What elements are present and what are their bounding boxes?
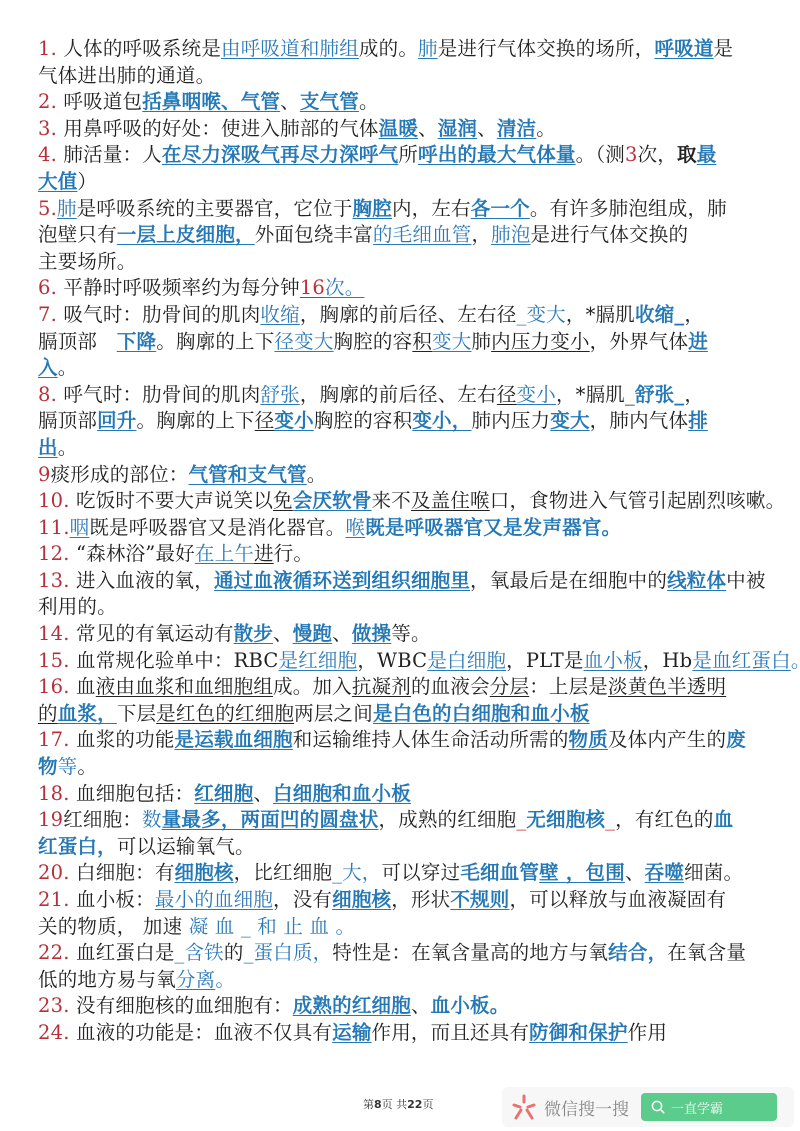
text-segment: 肺 xyxy=(418,37,438,60)
text-segment: 作用，而且还具有 xyxy=(372,1021,530,1044)
text-segment: 是白色的白细胞和血小板 xyxy=(373,702,590,725)
text-segment: 在氧含量 xyxy=(667,941,746,964)
item-number: 14. xyxy=(38,622,70,645)
text-segment: 运输 xyxy=(332,1021,371,1044)
text-segment: 吃饭时不要大声说笑以 xyxy=(70,489,273,512)
text-segment: 变大 xyxy=(432,330,471,353)
text-segment: 舒张_ xyxy=(635,383,684,406)
text-segment: 气体进出肺的通道。 xyxy=(38,64,215,87)
text-segment: 、 xyxy=(411,994,431,1017)
text-segment: 。胸廓的上下 xyxy=(137,409,255,432)
text-line: 入。 xyxy=(38,355,778,382)
text-segment: 泡壁只有 xyxy=(38,223,117,246)
text-segment: 喉 xyxy=(345,516,365,539)
text-segment: 是进行气体交换的场所， xyxy=(438,37,655,60)
text-segment: 血小板。 xyxy=(431,994,510,1017)
text-segment: 血细胞包括： xyxy=(70,782,195,805)
text-segment: 径 xyxy=(255,409,275,432)
text-line: 14. 常见的有氧运动有散步、慢跑、做操等。 xyxy=(38,621,778,648)
text-line: 气体进出肺的通道。 xyxy=(38,63,778,90)
text-segment: 毛细血管 xyxy=(460,861,539,884)
item-number: 23. xyxy=(38,994,70,1017)
text-segment: 中被 xyxy=(726,569,765,592)
text-segment: 、 xyxy=(625,861,645,884)
text-segment: 。 xyxy=(536,117,556,140)
text-segment: ，形状 xyxy=(391,888,450,911)
text-segment: 红细胞： xyxy=(63,808,142,831)
text-segment: ，没有 xyxy=(273,888,332,911)
text-line: 4. 肺活量：人在尽力深吸气再尽力深呼气所呼出的最大气体量。（测3次，取最 xyxy=(38,142,778,169)
text-line: 主要场所。 xyxy=(38,249,778,276)
text-segment: 结合， xyxy=(608,941,667,964)
item-number: 4. xyxy=(38,143,57,166)
text-segment: 细胞核 xyxy=(175,861,234,884)
text-segment: 是白细胞 xyxy=(427,649,506,672)
search-button-label: 一直学霸 xyxy=(671,1098,723,1117)
item-number: 20. xyxy=(38,861,70,884)
text-segment: 清洁 xyxy=(497,117,536,140)
text-segment: 变小 xyxy=(517,383,556,406)
text-segment: 由呼吸道和肺组 xyxy=(221,37,359,60)
text-line: 膈顶部 下降。胸廓的上下径变大胸腔的容积变大肺内压力变小，外界气体进 xyxy=(38,329,778,356)
text-segment: 会厌软骨 xyxy=(293,489,372,512)
item-number: 8. xyxy=(38,383,57,406)
item-number: 22. xyxy=(38,941,70,964)
text-segment: 收缩_ xyxy=(635,303,684,326)
text-segment: 内，左右 xyxy=(392,197,471,220)
text-segment: ， xyxy=(471,223,491,246)
text-segment: 线粒体 xyxy=(667,569,726,592)
text-segment: 白细胞和血小板 xyxy=(273,782,411,805)
text-segment: 分层 xyxy=(490,675,529,698)
text-segment: 血液的功能是：血液不仅具有 xyxy=(70,1021,333,1044)
item-number: 21. xyxy=(38,888,70,911)
text-segment: 内压力变小 xyxy=(491,330,590,353)
text-line: 13. 进入血液的氧，通过血液循环送到组织细胞里，氧最后是在细胞中的线粒体中被 xyxy=(38,568,778,595)
text-segment: 痰形成的部位： xyxy=(51,463,189,486)
text-segment: 红蛋白， xyxy=(38,835,117,858)
text-segment: _变大 xyxy=(517,303,566,326)
text-segment: ，氧最后是在细胞中的 xyxy=(470,569,667,592)
text-segment: 湿润 xyxy=(438,117,477,140)
text-segment: 积 xyxy=(412,330,432,353)
text-segment: ，Hb xyxy=(643,649,693,672)
text-segment: 是进行气体交换的 xyxy=(531,223,689,246)
text-segment: 平静时呼吸频率约为每分钟 xyxy=(57,276,300,299)
text-segment: 淡黄色半透明 xyxy=(608,675,726,698)
text-segment: 下降 xyxy=(117,330,156,353)
text-line: 9痰形成的部位：气管和支气管。 xyxy=(38,462,778,489)
text-segment: 所 xyxy=(398,143,418,166)
text-segment: 血常规化验单中：RBC xyxy=(70,649,279,672)
text-line: 16. 血液由血浆和血细胞组成。加入抗凝剂的血液会分层：上层是淡黄色半透明 xyxy=(38,674,778,701)
text-segment: 径 xyxy=(497,383,517,406)
text-segment: 物质 xyxy=(569,728,608,751)
text-line: 泡壁只有一层上皮细胞，外面包绕丰富的毛细血管，肺泡是进行气体交换的 xyxy=(38,222,778,249)
text-segment: 血 xyxy=(714,808,734,831)
text-segment: _ xyxy=(516,808,526,831)
text-segment: 下层 xyxy=(117,702,156,725)
text-segment: 变大 xyxy=(550,409,589,432)
text-line: 21. 血小板：最小的血细胞，没有细胞核，形状不规则，可以释放与血液凝固有 xyxy=(38,887,778,914)
text-segment: 是运载血细胞 xyxy=(175,728,293,751)
text-segment: 支气管 xyxy=(300,90,359,113)
text-segment: 量最多，两面凹的圆盘状 xyxy=(162,808,379,831)
text-segment: 血小板 xyxy=(584,649,643,672)
text-segment: 细胞核 xyxy=(332,888,391,911)
text-segment: 肺活量：人 xyxy=(57,143,162,166)
text-segment: 胸腔 xyxy=(353,197,392,220)
text-line: 11.咽既是呼吸器官又是消化器官。喉既是呼吸器官又是发声器官。 xyxy=(38,515,778,542)
text-segment: ，胸廓的前后径、左右径 xyxy=(300,303,517,326)
text-segment: ，比红细胞 xyxy=(234,861,333,884)
text-segment: 排 xyxy=(688,409,708,432)
text-line: 6. 平静时呼吸频率约为每分钟16次。 xyxy=(38,275,778,302)
text-segment: 壁 ，包围 xyxy=(539,861,625,884)
wechat-search-logo-icon xyxy=(510,1093,538,1121)
text-segment: 呼吸道包 xyxy=(57,90,142,113)
text-line: 10. 吃饭时不要大声说笑以免会厌软骨来不及盖住喉口，食物进入气管引起剧烈咳嗽。 xyxy=(38,488,778,515)
item-number: 2. xyxy=(38,90,57,113)
text-segment: 血浆的功能 xyxy=(70,728,175,751)
text-segment: 既是呼吸器官又是发声器官。 xyxy=(365,516,621,539)
text-line: 的血浆，下层是红色的红细胞两层之间是白色的白细胞和血小板 xyxy=(38,701,778,728)
text-segment: 入 xyxy=(38,356,58,379)
text-line: 12. “森林浴”最好在上午进行。 xyxy=(38,541,778,568)
text-segment: 变小， xyxy=(412,409,471,432)
text-segment: “森林浴”最好 xyxy=(70,542,195,565)
text-segment: 口，食物进入气管引起剧烈咳嗽。 xyxy=(490,489,786,512)
text-segment: 进 xyxy=(688,330,708,353)
text-segment: 。 xyxy=(215,968,235,991)
text-segment: 废 xyxy=(726,728,746,751)
text-segment: ，*膈肌 xyxy=(566,303,635,326)
text-segment: 吸气时：肋骨间的肌肉 xyxy=(57,303,260,326)
text-segment: 。 xyxy=(58,356,78,379)
text-segment: 血红蛋白是 xyxy=(70,941,175,964)
text-segment: 做操 xyxy=(352,622,391,645)
text-line: 关的物质， 加速 凝 血 _ 和 止 血 。 xyxy=(38,914,778,941)
text-segment: ， xyxy=(684,303,704,326)
text-segment: ） xyxy=(77,170,97,193)
item-number: 16. xyxy=(38,675,70,698)
text-segment: 舒张 xyxy=(260,383,299,406)
text-segment: 两层之间 xyxy=(294,702,373,725)
text-segment: 3 xyxy=(625,143,638,166)
text-segment: _ xyxy=(605,808,615,831)
text-segment: 的 xyxy=(38,702,58,725)
text-segment: 温暖 xyxy=(379,117,418,140)
text-segment: 抗凝剂 xyxy=(352,675,411,698)
text-segment: 的毛细血管 xyxy=(373,223,472,246)
text-segment: 括鼻咽喉、气管 xyxy=(142,90,280,113)
text-segment: 。（测 xyxy=(576,143,625,166)
text-line: 15. 血常规化验单中：RBC是红细胞，WBC是白细胞，PLT是血小板，Hb是血… xyxy=(38,648,778,675)
text-segment: 收缩 xyxy=(260,303,299,326)
text-segment: 免 xyxy=(273,489,293,512)
text-segment: ，可以释放与血液凝固有 xyxy=(509,888,726,911)
text-segment: ：上层是 xyxy=(529,675,608,698)
text-segment: 进入血液的氧， xyxy=(70,569,214,592)
text-segment: 可以运输氧气。 xyxy=(117,835,255,858)
text-segment: 低的地方易与氧 xyxy=(38,968,176,991)
text-segment: 数 xyxy=(142,808,162,831)
text-segment: 。 xyxy=(58,436,78,459)
text-segment: ，有红色的 xyxy=(615,808,714,831)
text-segment: 回升 xyxy=(97,409,136,432)
text-line: 20. 白细胞：有细胞核，比红细胞_大，可以穿过毛细血管壁 ，包围、吞噬细菌。 xyxy=(38,860,778,887)
text-line: 红蛋白，可以运输氧气。 xyxy=(38,834,778,861)
text-segment: 的 xyxy=(224,941,244,964)
text-segment: 血 xyxy=(70,675,96,698)
text-segment: 行。 xyxy=(274,542,313,565)
document-page: 1. 人体的呼吸系统是由呼吸道和肺组成的。肺是进行气体交换的场所，呼吸道是气体进… xyxy=(38,36,778,1047)
text-segment: 白细胞：有 xyxy=(70,861,175,884)
text-segment: 作用 xyxy=(628,1021,667,1044)
text-segment: 外面包绕丰富 xyxy=(255,223,373,246)
text-segment: 次。 xyxy=(325,276,364,299)
search-button[interactable]: 一直学霸 xyxy=(641,1093,777,1121)
text-segment: _含铁 xyxy=(175,941,224,964)
text-line: 低的地方易与氧分离。 xyxy=(38,967,778,994)
text-line: 17. 血浆的功能是运载血细胞和运输维持人体生命活动所需的物质及体内产生的废 xyxy=(38,727,778,754)
text-segment: 最 xyxy=(697,143,717,166)
text-segment: 进 xyxy=(254,542,274,565)
item-number: 11. xyxy=(38,516,70,539)
item-number: 19 xyxy=(38,808,63,831)
text-segment: 吞噬 xyxy=(645,861,684,884)
text-segment: 在上午 xyxy=(195,542,254,565)
text-segment: 变小 xyxy=(274,409,313,432)
text-segment: 既是呼吸器官又是消化器官。 xyxy=(89,516,345,539)
text-segment: 、 xyxy=(332,622,352,645)
text-segment: 及盖住喉 xyxy=(411,489,490,512)
text-segment: 肺 xyxy=(471,330,491,353)
text-segment: 胸腔的容积 xyxy=(314,409,413,432)
text-segment: 次， xyxy=(638,143,677,166)
text-segment: 的血液会 xyxy=(411,675,490,698)
text-line: 出。 xyxy=(38,435,778,462)
text-segment: ，肺内气体 xyxy=(590,409,689,432)
text-line: 1. 人体的呼吸系统是由呼吸道和肺组成的。肺是进行气体交换的场所，呼吸道是 xyxy=(38,36,778,63)
text-segment: 防御和保护 xyxy=(529,1021,628,1044)
text-segment: 主要场所。 xyxy=(38,250,137,273)
text-segment: 肺内压力 xyxy=(471,409,550,432)
text-segment: ，PLT是 xyxy=(506,649,584,672)
text-segment: 、 xyxy=(273,622,293,645)
text-segment: 慢跑 xyxy=(293,622,332,645)
text-line: 3. 用鼻呼吸的好处：使进入肺部的气体温暖、湿润、清洁。 xyxy=(38,116,778,143)
text-segment: 各一个 xyxy=(471,197,530,220)
text-segment: 血浆， xyxy=(58,702,117,725)
text-line: 5.肺是呼吸系统的主要器官，它位于胸腔内，左右各一个。有许多肺泡组成，肺 xyxy=(38,196,778,223)
text-segment: ，成熟的红细胞 xyxy=(378,808,516,831)
text-segment: 。 xyxy=(359,90,379,113)
text-segment: 。胸廓的上下 xyxy=(156,330,274,353)
item-number: 3. xyxy=(38,117,57,140)
text-segment: ，*膈肌_ xyxy=(556,383,635,406)
text-segment: 血小板： xyxy=(70,888,155,911)
text-segment: _蛋白质， xyxy=(244,941,333,964)
text-segment: 、 xyxy=(418,117,438,140)
text-segment: _大， xyxy=(332,861,381,884)
text-segment: 膈顶部 xyxy=(38,409,97,432)
text-segment: 用鼻呼吸的好处：使进入肺部的气体 xyxy=(57,117,379,140)
text-segment: 、 xyxy=(253,782,273,805)
text-segment: 是 xyxy=(714,37,734,60)
text-segment: 大值 xyxy=(38,170,77,193)
text-segment: 。 xyxy=(77,755,97,778)
text-segment: 成的。 xyxy=(359,37,418,60)
item-number: 13. xyxy=(38,569,70,592)
text-segment: 散步 xyxy=(234,622,273,645)
text-segment: 16 xyxy=(300,276,325,299)
item-number: 9 xyxy=(38,463,51,486)
text-segment: 特性是：在氧含量高的地方与氧 xyxy=(332,941,608,964)
item-number: 7. xyxy=(38,303,57,326)
text-line: 22. 血红蛋白是_含铁的_蛋白质，特性是：在氧含量高的地方与氧结合，在氧含量 xyxy=(38,940,778,967)
text-segment: ， xyxy=(684,383,704,406)
text-segment: 。有许多肺泡组成，肺 xyxy=(530,197,727,220)
text-line: 23. 没有细胞核的血细胞有：成熟的红细胞、血小板。 xyxy=(38,993,778,1020)
text-segment: 分离 xyxy=(176,968,215,991)
text-segment: 通过血液循环送到组织细胞里 xyxy=(214,569,470,592)
text-segment: 肺泡 xyxy=(491,223,530,246)
search-icon xyxy=(651,1100,665,1114)
text-segment: 。 xyxy=(791,649,800,672)
text-segment: 是红色的红细胞 xyxy=(156,702,294,725)
text-segment: 和运输维持人体生命活动所需的 xyxy=(293,728,569,751)
text-segment: 无细胞核 xyxy=(526,808,605,831)
text-segment: 红细胞 xyxy=(194,782,253,805)
text-segment: 取 xyxy=(677,143,697,166)
text-segment: 膈顶部 xyxy=(38,330,117,353)
item-number: 12. xyxy=(38,542,70,565)
text-segment: 不规则 xyxy=(450,888,509,911)
text-line: 2. 呼吸道包括鼻咽喉、气管、支气管。 xyxy=(38,89,778,116)
text-segment: 气管和支气管 xyxy=(189,463,307,486)
text-segment: 凝 血 _ 和 止 血 。 xyxy=(189,915,356,938)
text-segment: 是红细胞 xyxy=(279,649,358,672)
text-segment: 可以穿过 xyxy=(382,861,461,884)
text-line: 利用的。 xyxy=(38,594,778,621)
text-segment: 是血红蛋白 xyxy=(692,649,791,672)
text-line: 物等。 xyxy=(38,754,778,781)
wechat-search-label: 微信搜一搜 xyxy=(544,1095,629,1120)
text-segment: 呼出的最大气体量 xyxy=(418,143,576,166)
text-segment: 没有细胞核的血细胞有： xyxy=(70,994,293,1017)
item-number: 15. xyxy=(38,649,70,672)
text-segment: 一层上皮细胞， xyxy=(117,223,255,246)
text-segment: 肺 xyxy=(57,197,77,220)
text-segment: 、 xyxy=(280,90,300,113)
text-segment: 细菌。 xyxy=(684,861,743,884)
text-segment: 等。 xyxy=(391,622,430,645)
item-number: 6. xyxy=(38,276,57,299)
text-line: 18. 血细胞包括：红细胞、白细胞和血小板 xyxy=(38,781,778,808)
text-line: 8. 呼气时：肋骨间的肌肉舒张，胸廓的前后径、左右径变小，*膈肌_舒张_， xyxy=(38,382,778,409)
text-segment: ，WBC xyxy=(357,649,427,672)
text-segment: 常见的有氧运动有 xyxy=(70,622,234,645)
text-segment: 出 xyxy=(38,436,58,459)
text-segment: 物 xyxy=(38,755,58,778)
text-segment: 咽 xyxy=(70,516,90,539)
item-number: 5. xyxy=(38,197,57,220)
text-line: 大值） xyxy=(38,169,778,196)
text-segment: 成熟的红细胞 xyxy=(293,994,411,1017)
text-line: 7. 吸气时：肋骨间的肌肉收缩，胸廓的前后径、左右径_变大，*膈肌收缩_， xyxy=(38,302,778,329)
text-line: 19红细胞：数量最多，两面凹的圆盘状，成熟的红细胞_无细胞核_，有红色的血 xyxy=(38,807,778,834)
item-number: 24. xyxy=(38,1021,70,1044)
text-segment: 成。加入 xyxy=(273,675,352,698)
text-segment: 液由血浆和血细胞组 xyxy=(96,675,273,698)
text-segment: ，外界气体 xyxy=(590,330,689,353)
text-segment: 。 xyxy=(307,463,327,486)
page-number: 第8页 共22页 xyxy=(363,1096,433,1112)
item-number: 18. xyxy=(38,782,70,805)
text-line: 膈顶部回升。胸廓的上下径变小胸腔的容积变小，肺内压力变大，肺内气体排 xyxy=(38,408,778,435)
text-segment: 在尽力深吸气再尽力深呼气 xyxy=(162,143,398,166)
text-segment: 关的物质， 加速 xyxy=(38,915,189,938)
wechat-search-bar[interactable]: 微信搜一搜 一直学霸 xyxy=(502,1087,794,1127)
text-segment: 呼气时：肋骨间的肌肉 xyxy=(57,383,260,406)
text-segment: 人体的呼吸系统是 xyxy=(57,37,221,60)
text-segment: 、 xyxy=(477,117,497,140)
text-segment: 利用的。 xyxy=(38,595,117,618)
text-segment: 呼吸道 xyxy=(654,37,713,60)
item-number: 17. xyxy=(38,728,70,751)
item-number: 10. xyxy=(38,489,70,512)
text-segment: 最小的血细胞 xyxy=(155,888,273,911)
text-segment: ，胸廓的前后径、左右 xyxy=(300,383,497,406)
text-segment: 及体内产生的 xyxy=(608,728,726,751)
text-segment: 来不 xyxy=(372,489,411,512)
text-segment: 胸腔的容 xyxy=(334,330,413,353)
text-segment: 是呼吸系统的主要器官，它位于 xyxy=(77,197,353,220)
item-number: 1. xyxy=(38,37,57,60)
text-line: 24. 血液的功能是：血液不仅具有运输作用，而且还具有防御和保护作用 xyxy=(38,1020,778,1047)
text-segment: 等 xyxy=(58,755,78,778)
text-segment: 径变大 xyxy=(274,330,333,353)
